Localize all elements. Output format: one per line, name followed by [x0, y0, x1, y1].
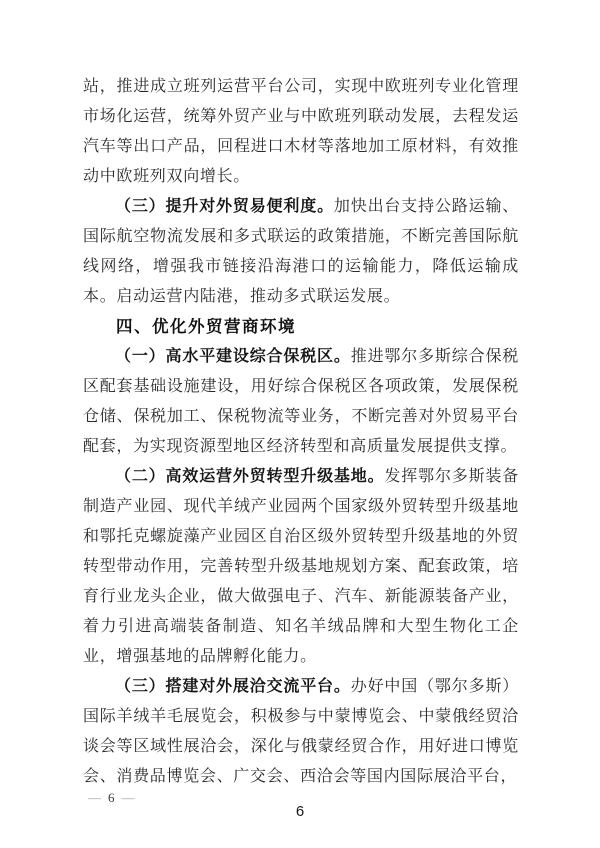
- paragraph-lead: （三）提升对外贸易便利度。: [115, 198, 334, 215]
- paragraph: （三）搭建对外展洽交流平台。办好中国（鄂尔多斯）国际羊绒羊毛展览会，积极参与中蒙…: [83, 672, 519, 792]
- paragraph-text: 发挥鄂尔多斯装备制造产业园、现代羊绒产业园两个国家级外贸转型升级基地和鄂托克螺旋…: [83, 468, 519, 665]
- viewer-page-number: 6: [0, 803, 600, 821]
- paragraph: （二）高效运营外贸转型升级基地。发挥鄂尔多斯装备制造产业园、现代羊绒产业园两个国…: [83, 462, 519, 672]
- paragraph: （三）提升对外贸易便利度。加快出台支持公路运输、国际航空物流发展和多式联运的政策…: [83, 192, 519, 312]
- document-page: 站，推进成立班列运营平台公司，实现中欧班列专业化管理市场化运营，统筹外贸产业与中…: [0, 0, 600, 848]
- paragraph-lead: （三）搭建对外展洽交流平台。: [115, 678, 351, 695]
- paragraph-text: 站，推进成立班列运营平台公司，实现中欧班列专业化管理市场化运营，统筹外贸产业与中…: [83, 78, 519, 185]
- section-heading: 四、优化外贸营商环境: [83, 312, 519, 342]
- paragraph-lead: （一）高水平建设综合保税区。: [115, 348, 351, 365]
- document-body: 站，推进成立班列运营平台公司，实现中欧班列专业化管理市场化运营，统筹外贸产业与中…: [83, 72, 519, 792]
- paragraph-lead: （二）高效运营外贸转型升级基地。: [115, 468, 384, 485]
- paragraph-continuation: 站，推进成立班列运营平台公司，实现中欧班列专业化管理市场化运营，统筹外贸产业与中…: [83, 72, 519, 192]
- paragraph: （一）高水平建设综合保税区。推进鄂尔多斯综合保税区配套基础设施建设，用好综合保税…: [83, 342, 519, 462]
